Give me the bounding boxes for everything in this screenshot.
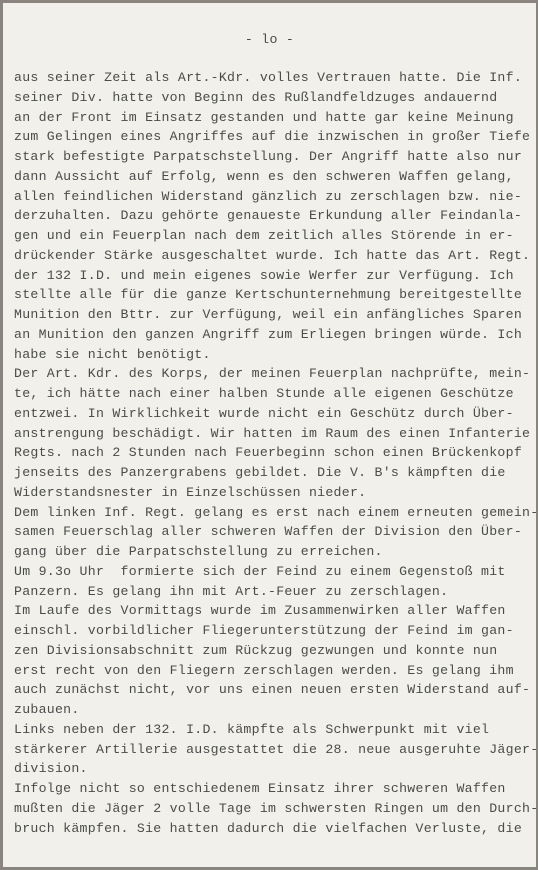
text-line: gang über die Parpatschstellung zu errei… <box>14 542 534 562</box>
text-line: Regts. nach 2 Stunden nach Feuerbeginn s… <box>14 443 534 463</box>
text-line: zen Divisionsabschnitt zum Rückzug gezwu… <box>14 641 534 661</box>
text-line: Widerstandsnester in Einzelschüssen nied… <box>14 483 534 503</box>
document-page: - lo - aus seiner Zeit als Art.-Kdr. vol… <box>3 3 536 867</box>
text-line: Der Art. Kdr. des Korps, der meinen Feue… <box>14 364 534 384</box>
text-line: dann Aussicht auf Erfolg, wenn es den sc… <box>14 167 534 187</box>
text-line: anstrengung beschädigt. Wir hatten im Ra… <box>14 424 534 444</box>
text-line: bruch kämpfen. Sie hatten dadurch die vi… <box>14 819 534 839</box>
text-line: Links neben der 132. I.D. kämpfte als Sc… <box>14 720 534 740</box>
text-line: erst recht von den Fliegern zerschlagen … <box>14 661 534 681</box>
text-line: gen und ein Feuerplan nach dem zeitlich … <box>14 226 534 246</box>
text-line: Um 9.3o Uhr formierte sich der Feind zu … <box>14 562 534 582</box>
typewritten-body: aus seiner Zeit als Art.-Kdr. volles Ver… <box>14 68 534 838</box>
text-line: der 132 I.D. und mein eigenes sowie Werf… <box>14 266 534 286</box>
text-line: te, ich hätte nach einer halben Stunde a… <box>14 384 534 404</box>
text-line: jenseits des Panzergrabens gebildet. Die… <box>14 463 534 483</box>
text-line: habe sie nicht benötigt. <box>14 345 534 365</box>
text-line: Im Laufe des Vormittags wurde im Zusamme… <box>14 601 534 621</box>
text-line: an Munition den ganzen Angriff zum Erlie… <box>14 325 534 345</box>
text-line: Infolge nicht so entschiedenem Einsatz i… <box>14 779 534 799</box>
text-line: mußten die Jäger 2 volle Tage im schwers… <box>14 799 534 819</box>
text-line: stellte alle für die ganze Kertschuntern… <box>14 285 534 305</box>
text-line: stark befestigte Parpatschstellung. Der … <box>14 147 534 167</box>
text-line: allen feindlichen Widerstand gänzlich zu… <box>14 187 534 207</box>
text-line: drückender Stärke ausgeschaltet wurde. I… <box>14 246 534 266</box>
text-line: Dem linken Inf. Regt. gelang es erst nac… <box>14 503 534 523</box>
text-line: Panzern. Es gelang ihn mit Art.-Feuer zu… <box>14 582 534 602</box>
text-line: Munition den Bttr. zur Verfügung, weil e… <box>14 305 534 325</box>
text-line: division. <box>14 759 534 779</box>
page-number: - lo - <box>3 32 536 47</box>
text-line: auch zunächst nicht, vor uns einen neuen… <box>14 680 534 700</box>
text-line: samen Feuerschlag aller schweren Waffen … <box>14 522 534 542</box>
text-line: einschl. vorbildlicher Fliegerunterstütz… <box>14 621 534 641</box>
text-line: zubauen. <box>14 700 534 720</box>
text-line: an der Front im Einsatz gestanden und ha… <box>14 108 534 128</box>
text-line: seiner Div. hatte von Beginn des Rußland… <box>14 88 534 108</box>
text-line: stärkerer Artillerie ausgestattet die 28… <box>14 740 534 760</box>
text-line: aus seiner Zeit als Art.-Kdr. volles Ver… <box>14 68 534 88</box>
text-line: entzwei. In Wirklichkeit wurde nicht ein… <box>14 404 534 424</box>
text-line: derzuhalten. Dazu gehörte genaueste Erku… <box>14 206 534 226</box>
text-line: zum Gelingen eines Angriffes auf die inz… <box>14 127 534 147</box>
